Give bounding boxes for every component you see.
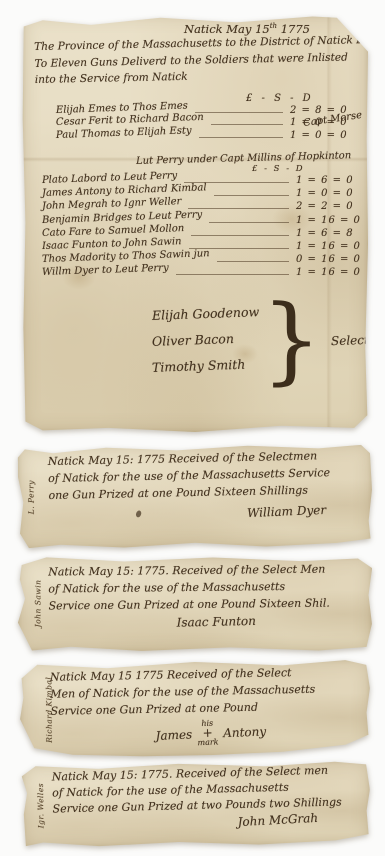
selectmen-label: Selectmen: [330, 332, 385, 348]
receipt-line: Natick May 15: 1775. Received of the Sel…: [48, 561, 360, 581]
entry-amount: 1 = 0 = 0: [296, 187, 362, 200]
receipt-signature-with-mark: James his + mark Antony: [50, 714, 359, 753]
dash-rule: [191, 235, 289, 236]
paper-surface: Richard Kimbal Natick May 15 1775 Receiv…: [20, 659, 371, 758]
receipt-signature: Isaac Funton: [48, 612, 360, 633]
dash-rule: [176, 274, 289, 275]
date-superscript: th: [270, 22, 277, 30]
entry-amount: 0 = 16 = 0: [296, 253, 362, 266]
side-annotation: L. Perry: [27, 480, 36, 514]
dash-rule: [188, 208, 289, 209]
entry-amount: 1 = 16 = 0: [296, 214, 362, 227]
side-annotation: Igr. Welles: [36, 783, 45, 829]
dash-rule: [199, 137, 283, 138]
mark-label: mark: [197, 739, 218, 748]
entry-amount: 1 = 16 = 0: [296, 240, 362, 253]
paper-surface: Natick May 15th 1775 The Province of the…: [22, 14, 368, 432]
receipt-strip-1: L. Perry Natick May 15: 1775 Received of…: [18, 444, 372, 548]
document-heading: The Province of the Massachusetts to the…: [34, 32, 357, 88]
second-entry-list: Plato Labord to Leut Perry1 = 6 = 0 Jame…: [34, 174, 362, 279]
receipt-text: Natick May 15: 1775 Received of the Sele…: [48, 447, 361, 504]
main-account-sheet: Natick May 15th 1775 The Province of the…: [22, 14, 368, 432]
signer-first-name: James: [155, 727, 192, 742]
dash-rule: [209, 222, 289, 223]
paper-surface: John Sawin Natick May 15: 1775. Received…: [18, 555, 372, 652]
receipt-strip-4: Igr. Welles Natick May 15: 1775. Receive…: [22, 762, 370, 846]
signature-mark-column: his + mark: [197, 720, 219, 748]
ledger-entry: Paul Thomas to Elijah Esty1 = 0 = 0: [56, 130, 356, 143]
entry-amount: 1 = 6 = 0: [296, 174, 362, 187]
signature-name: Oliver Bacon: [152, 325, 260, 355]
currency-column-header: £ - S - D: [246, 93, 356, 104]
signature-name: Timothy Smith: [152, 351, 260, 381]
dash-rule: [217, 261, 289, 262]
entry-amount: 1 = 6 = 8: [296, 227, 362, 240]
receipt-text: Natick May 15 1775 Received of the Selec…: [50, 664, 359, 720]
signer-last-name: Antony: [223, 724, 266, 740]
receipt-text: Natick May 15: 1775. Received of the Sel…: [48, 561, 361, 615]
dash-rule: [195, 112, 283, 113]
receipt-text: Natick May 15: 1775. Received of the Sel…: [52, 762, 359, 817]
receipt-strip-2: John Sawin Natick May 15: 1775. Received…: [18, 556, 372, 652]
dash-rule: [211, 124, 283, 125]
brace-glyph: }: [261, 299, 321, 381]
receipt-strip-3: Richard Kimbal Natick May 15 1775 Receiv…: [20, 660, 370, 757]
signature-names: Elijah Goodenow Oliver Bacon Timothy Smi…: [152, 301, 259, 379]
entry-amount: 1 = 16 = 0: [296, 266, 362, 279]
side-annotation: John Sawin: [33, 580, 42, 628]
dash-rule: [214, 195, 289, 196]
currency-column-header-small: £ - S - D: [252, 164, 356, 174]
selectmen-signature-block: Elijah Goodenow Oliver Bacon Timothy Smi…: [152, 299, 356, 381]
entry-amount: 1 = 0 = 0: [290, 130, 356, 143]
ledger-entry: Willm Dyer to Leut Perry1 = 16 = 0: [42, 266, 362, 279]
signature-name: Elijah Goodenow: [152, 299, 260, 329]
entry-amount: 2 = 2 = 0: [296, 200, 362, 213]
paper-surface: L. Perry Natick May 15: 1775 Received of…: [18, 443, 373, 549]
paper-surface: Igr. Welles Natick May 15: 1775. Receive…: [22, 760, 371, 848]
receipt-signature: William Dyer: [48, 502, 360, 529]
